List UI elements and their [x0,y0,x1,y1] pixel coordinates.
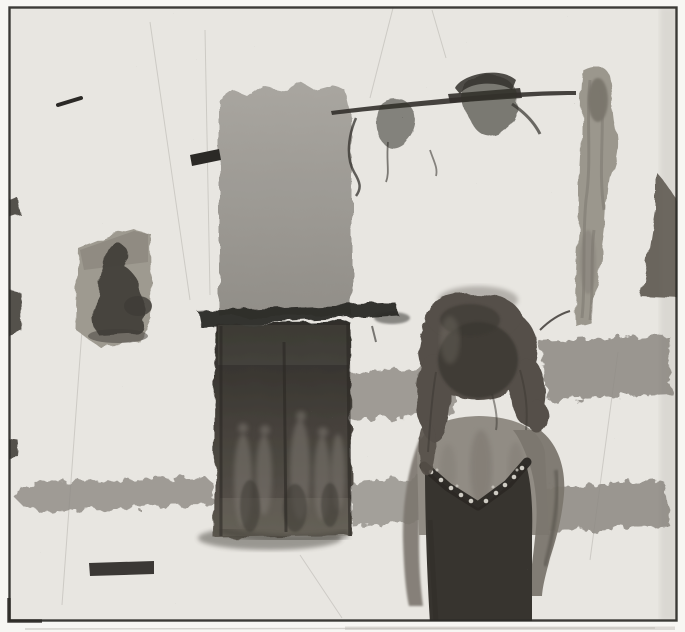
artwork-frame [0,0,685,632]
plate-contents [4,7,682,623]
margin-smudge [345,627,675,631]
artwork-canvas [0,0,685,632]
paper-grain [9,7,677,621]
right-edge-tone [660,7,677,621]
